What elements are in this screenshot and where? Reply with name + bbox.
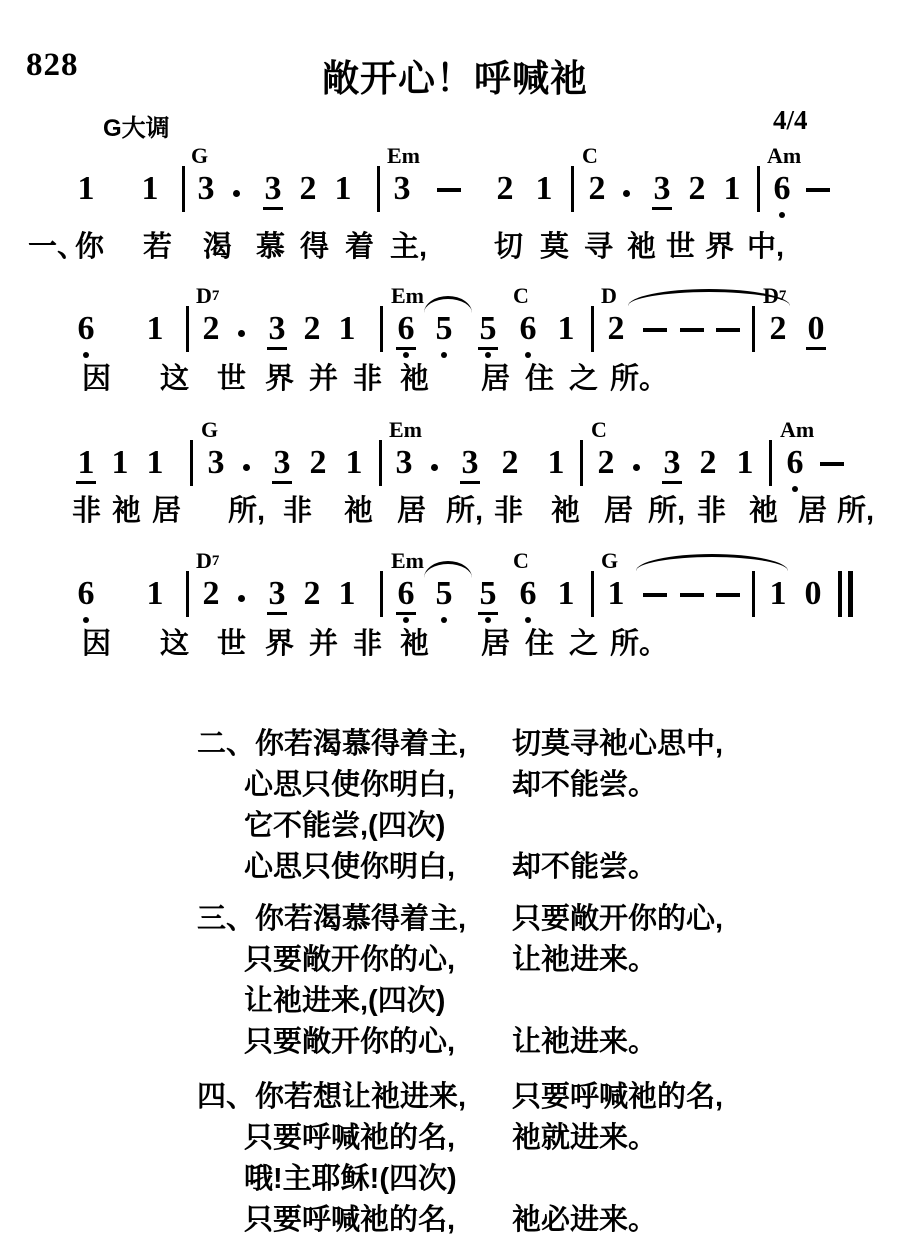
chord-label: C — [513, 285, 529, 307]
note: 1 — [556, 312, 576, 346]
note: 3 — [652, 172, 672, 210]
note: 2C — [587, 172, 607, 206]
note-digit: 1 — [768, 577, 788, 611]
song-title: 敞开心！呼喊祂 — [0, 48, 910, 102]
note-digit: 3 — [652, 172, 672, 210]
verse-text-right: 只要呼喊祂的名, — [512, 1080, 723, 1114]
note: 6Am — [785, 446, 805, 480]
note: 2D7 — [201, 577, 221, 611]
chord-label: Em — [391, 550, 424, 572]
lyric-char: 祂 — [400, 627, 429, 661]
chord-label: Em — [389, 419, 422, 441]
octave-dot — [83, 617, 89, 623]
lyric-char: 祂 — [400, 362, 429, 396]
note: 1 — [110, 446, 130, 480]
lyric-char: 慕 — [256, 230, 285, 264]
lyric-char: 居 — [481, 627, 510, 661]
note: 5 — [434, 312, 454, 346]
note: 1 — [534, 172, 554, 206]
octave-dot — [83, 352, 89, 358]
note-digit: 2 — [500, 446, 520, 480]
lyric-char: 所。 — [610, 362, 668, 396]
note: 3 — [460, 446, 480, 484]
lyric-char: 非 — [697, 494, 726, 528]
barline — [182, 166, 185, 212]
slur-curve — [424, 296, 472, 313]
note-digit: 1 — [606, 577, 626, 611]
note: 6Em — [396, 312, 416, 350]
octave-dot — [779, 212, 785, 218]
lyric-char: 非 — [494, 494, 523, 528]
dash-extension — [643, 593, 667, 597]
lyric-char: 切 — [494, 230, 523, 264]
augmentation-dot — [233, 190, 240, 197]
note: 3 — [662, 446, 682, 484]
barline — [377, 166, 380, 212]
note: 0 — [803, 577, 823, 611]
note: 2 — [302, 312, 322, 346]
verse-text-left: 哦!主耶稣!(四次) — [244, 1162, 457, 1196]
note: 1 — [556, 577, 576, 611]
dash-extension — [716, 593, 740, 597]
verse-text-left: 只要敞开你的心, — [244, 943, 455, 977]
lyrics-line-4: 因这世界并非祂居住之所。 — [0, 627, 910, 663]
note-digit: 0 — [803, 577, 823, 611]
note-digit: 1 — [76, 446, 96, 484]
notation-line-1: 113G3213Em212C3216Am — [0, 144, 910, 222]
note-digit: 3 — [263, 172, 283, 210]
note-digit: 5 — [478, 577, 498, 615]
lyric-char: 居 — [397, 494, 426, 528]
verse-text-right: 祂就进来。 — [512, 1121, 657, 1155]
final-barline — [838, 571, 853, 617]
lyric-char: 主, — [390, 230, 427, 264]
verse-row: 只要敞开你的心,让祂进来。 — [0, 943, 910, 984]
chord-label: C — [582, 145, 598, 167]
note-digit: 6 — [76, 312, 96, 346]
note-digit: 2 — [687, 172, 707, 206]
verse-row: 四、你若想让祂进来,只要呼喊祂的名, — [0, 1080, 910, 1121]
note-digit: 1 — [76, 172, 96, 206]
verse-text-right: 让祂进来。 — [512, 1025, 657, 1059]
barline — [186, 571, 189, 617]
note: 6C — [518, 577, 538, 611]
barline — [380, 306, 383, 352]
lyric-char: 若 — [143, 230, 172, 264]
note-digit: 5 — [478, 312, 498, 350]
note: 6Am — [772, 172, 792, 206]
verse-row: 哦!主耶稣!(四次) — [0, 1162, 910, 1203]
verse: 四、你若想让祂进来,只要呼喊祂的名,只要呼喊祂的名,祂就进来。哦!主耶稣!(四次… — [0, 1080, 910, 1244]
note: 1 — [145, 446, 165, 480]
lyric-char: 所。 — [610, 627, 668, 661]
note: 1 — [735, 446, 755, 480]
verse-row: 只要敞开你的心,让祂进来。 — [0, 1025, 910, 1066]
verse-text-left: 二、你若渴慕得着主, — [197, 727, 466, 761]
note-digit: 1 — [556, 312, 576, 346]
lyric-char: 这 — [160, 362, 189, 396]
note-digit: 3 — [196, 172, 216, 206]
note: 1 — [722, 172, 742, 206]
tie-curve — [636, 554, 788, 571]
note: 5 — [478, 312, 498, 350]
lyric-char: 渴 — [203, 230, 232, 264]
note: 6 — [76, 312, 96, 346]
lyric-char: 中, — [747, 230, 784, 264]
note: 1 — [337, 312, 357, 346]
note: 1 — [145, 312, 165, 346]
note: 2D7 — [201, 312, 221, 346]
barline — [186, 306, 189, 352]
dash-extension — [680, 593, 704, 597]
lyric-char: 之 — [569, 627, 598, 661]
dash-extension — [806, 188, 830, 192]
lyric-char: 得 — [300, 230, 329, 264]
octave-dot — [525, 617, 531, 623]
lyric-char: 住 — [525, 627, 554, 661]
note: 1 — [768, 577, 788, 611]
note-digit: 1 — [145, 446, 165, 480]
verse-text-left: 只要敞开你的心, — [244, 1025, 455, 1059]
verse-row: 只要呼喊祂的名,祂必进来。 — [0, 1203, 910, 1244]
lyric-char: 所, — [446, 494, 483, 528]
lyric-char: 你 — [75, 230, 104, 264]
note-digit: 2 — [201, 312, 221, 346]
note-digit: 3 — [267, 312, 287, 350]
octave-dot — [792, 486, 798, 492]
dash-extension — [643, 328, 667, 332]
notation-line-2: 612D73216Em556C12D2D70 — [0, 284, 910, 362]
note: 2C — [596, 446, 616, 480]
lyric-char: 居 — [798, 494, 827, 528]
note: 2 — [687, 172, 707, 206]
key-signature: G大调 — [103, 108, 170, 143]
sheet-music-page: 828 敞开心！呼喊祂 G大调 4/4 113G3213Em212C3216Am… — [0, 0, 910, 1260]
lyric-char: 居 — [152, 494, 181, 528]
lyric-char: 非 — [353, 627, 382, 661]
note: 1 — [76, 172, 96, 206]
barline — [571, 166, 574, 212]
lyric-char: 所, — [837, 494, 874, 528]
verse-row: 只要呼喊祂的名,祂就进来。 — [0, 1121, 910, 1162]
note-digit: 6 — [785, 446, 805, 480]
augmentation-dot — [238, 595, 245, 602]
note: 2 — [500, 446, 520, 480]
chord-label: D7 — [196, 550, 219, 572]
time-signature: 4/4 — [773, 105, 808, 136]
note-digit: 6 — [396, 312, 416, 350]
barline — [380, 571, 383, 617]
note-digit: 1 — [344, 446, 364, 480]
note: 2D — [606, 312, 626, 346]
note: 1 — [546, 446, 566, 480]
verse-row: 二、你若渴慕得着主,切莫寻祂心思中, — [0, 727, 910, 768]
verse-text-right: 却不能尝。 — [512, 850, 657, 884]
note-digit: 5 — [434, 577, 454, 611]
note-digit: 0 — [806, 312, 826, 350]
note: 3 — [267, 577, 287, 615]
verse-text-left: 让祂进来,(四次) — [244, 984, 445, 1018]
note-digit: 1 — [337, 312, 357, 346]
note-digit: 6 — [518, 577, 538, 611]
chord-label: G — [601, 550, 618, 572]
lyric-char: 住 — [525, 362, 554, 396]
note: 0 — [806, 312, 826, 350]
note-digit: 2 — [606, 312, 626, 346]
note: 1 — [333, 172, 353, 206]
notation-line-4: 612D73216Em556C11G10 — [0, 549, 910, 627]
note: 2 — [698, 446, 718, 480]
chord-label: D — [601, 285, 617, 307]
lyrics-line-2: 因这世界并非祂居住之所。 — [0, 362, 910, 398]
chord-label: Em — [391, 285, 424, 307]
augmentation-dot — [431, 464, 438, 471]
note-digit: 6 — [396, 577, 416, 615]
verse-row: 三、你若渴慕得着主,只要敞开你的心, — [0, 902, 910, 943]
note: 5 — [478, 577, 498, 615]
note: 2D7 — [768, 312, 788, 346]
chord-label: G — [191, 145, 208, 167]
lyric-char: 居 — [481, 362, 510, 396]
verse-row: 让祂进来,(四次) — [0, 984, 910, 1025]
note-digit: 3 — [267, 577, 287, 615]
lyric-char: 并 — [309, 362, 338, 396]
lyric-char: 非 — [283, 494, 312, 528]
verse-row: 心思只使你明白,却不能尝。 — [0, 768, 910, 809]
slur-curve — [424, 561, 472, 578]
note: 1 — [337, 577, 357, 611]
lyric-char: 祂 — [551, 494, 580, 528]
lyrics-line-1: 一、你若渴慕得着主,切莫寻祂世界中, — [0, 230, 910, 266]
note-digit: 2 — [768, 312, 788, 346]
dash-extension — [680, 328, 704, 332]
augmentation-dot — [243, 464, 250, 471]
note: 1G — [606, 577, 626, 611]
note-digit: 1 — [110, 446, 130, 480]
lyric-char: 所, — [648, 494, 685, 528]
note: 2 — [298, 172, 318, 206]
note-digit: 3 — [460, 446, 480, 484]
lyric-char: 莫 — [540, 230, 569, 264]
chord-label: Am — [780, 419, 814, 441]
lyric-char: 这 — [160, 627, 189, 661]
note-digit: 2 — [302, 312, 322, 346]
lyric-char: 界 — [265, 362, 294, 396]
note-digit: 1 — [722, 172, 742, 206]
note-digit: 2 — [495, 172, 515, 206]
lyric-char: 祂 — [112, 494, 141, 528]
note-digit: 1 — [333, 172, 353, 206]
note-digit: 6 — [76, 577, 96, 611]
verse-text-right: 祂必进来。 — [512, 1203, 657, 1237]
lyric-char: 因 — [82, 627, 111, 661]
augmentation-dot — [623, 190, 630, 197]
lyric-char: 界 — [705, 230, 734, 264]
lyric-char: 着 — [345, 230, 374, 264]
note-digit: 1 — [534, 172, 554, 206]
note: 3 — [267, 312, 287, 350]
note: 1 — [76, 446, 96, 484]
note: 1 — [344, 446, 364, 480]
note: 5 — [434, 577, 454, 611]
barline — [190, 440, 193, 486]
note-digit: 2 — [298, 172, 318, 206]
octave-dot — [485, 617, 491, 623]
octave-dot — [441, 617, 447, 623]
chord-label: Am — [767, 145, 801, 167]
verse-row: 它不能尝,(四次) — [0, 809, 910, 850]
verse-text-right: 却不能尝。 — [512, 768, 657, 802]
verse-text-right: 只要敞开你的心, — [512, 902, 723, 936]
lyric-char: 界 — [265, 627, 294, 661]
note: 3G — [196, 172, 216, 206]
verse-text-left: 只要呼喊祂的名, — [244, 1121, 455, 1155]
lyric-char: 祂 — [344, 494, 373, 528]
lyric-char: 世 — [217, 362, 246, 396]
note-digit: 3 — [206, 446, 226, 480]
verse-text-left: 四、你若想让祂进来, — [197, 1080, 466, 1114]
dash-extension — [820, 462, 844, 466]
augmentation-dot — [238, 330, 245, 337]
note: 6C — [518, 312, 538, 346]
chord-label: D7 — [196, 285, 219, 307]
lyric-char: 因 — [82, 362, 111, 396]
octave-dot — [441, 352, 447, 358]
note: 2 — [308, 446, 328, 480]
lyric-char: 世 — [217, 627, 246, 661]
chord-label: Em — [387, 145, 420, 167]
lyrics-line-3: 非祂居所,非祂居所,非祂居所,非祂居所, — [0, 494, 910, 530]
dash-extension — [716, 328, 740, 332]
lyric-char: 居 — [604, 494, 633, 528]
note-digit: 1 — [145, 312, 165, 346]
lyric-char: 寻 — [584, 230, 613, 264]
note-digit: 3 — [394, 446, 414, 480]
lyric-char: 祂 — [749, 494, 778, 528]
octave-dot — [485, 352, 491, 358]
verse-text-right: 切莫寻祂心思中, — [512, 727, 723, 761]
lyric-char: 非 — [72, 494, 101, 528]
barline — [757, 166, 760, 212]
lyric-char: 世 — [666, 230, 695, 264]
note: 3 — [263, 172, 283, 210]
barline — [769, 440, 772, 486]
barline — [752, 571, 755, 617]
note: 6Em — [396, 577, 416, 615]
note-digit: 1 — [145, 577, 165, 611]
note: 1 — [140, 172, 160, 206]
dash-extension — [437, 188, 461, 192]
note: 3 — [272, 446, 292, 484]
chord-label: C — [591, 419, 607, 441]
augmentation-dot — [633, 464, 640, 471]
note-digit: 1 — [735, 446, 755, 480]
lyric-char: 之 — [569, 362, 598, 396]
note-digit: 5 — [434, 312, 454, 346]
verse-row: 心思只使你明白,却不能尝。 — [0, 850, 910, 891]
barline — [591, 306, 594, 352]
chord-label: G — [201, 419, 218, 441]
chord-label: C — [513, 550, 529, 572]
note: 6 — [76, 577, 96, 611]
barline — [379, 440, 382, 486]
barline — [591, 571, 594, 617]
lyric-char: 祂 — [627, 230, 656, 264]
octave-dot — [403, 352, 409, 358]
note-digit: 1 — [556, 577, 576, 611]
note-digit: 1 — [140, 172, 160, 206]
note-digit: 6 — [518, 312, 538, 346]
note: 2 — [495, 172, 515, 206]
lyric-char: 所, — [228, 494, 265, 528]
note: 3G — [206, 446, 226, 480]
lyric-char: 并 — [309, 627, 338, 661]
note-digit: 1 — [546, 446, 566, 480]
note-digit: 1 — [337, 577, 357, 611]
verse-text-left: 心思只使你明白, — [244, 850, 455, 884]
verse-text-left: 它不能尝,(四次) — [244, 809, 445, 843]
note-digit: 2 — [596, 446, 616, 480]
note-digit: 2 — [587, 172, 607, 206]
note: 2 — [302, 577, 322, 611]
verse: 三、你若渴慕得着主,只要敞开你的心,只要敞开你的心,让祂进来。让祂进来,(四次)… — [0, 902, 910, 1066]
note-digit: 2 — [308, 446, 328, 480]
note-digit: 3 — [392, 172, 412, 206]
note-digit: 3 — [662, 446, 682, 484]
verse-text-left: 心思只使你明白, — [244, 768, 455, 802]
note: 3Em — [392, 172, 412, 206]
lyric-char: 非 — [353, 362, 382, 396]
note-digit: 2 — [302, 577, 322, 611]
barline — [580, 440, 583, 486]
verse: 二、你若渴慕得着主,切莫寻祂心思中,心思只使你明白,却不能尝。它不能尝,(四次)… — [0, 727, 910, 891]
octave-dot — [525, 352, 531, 358]
note-digit: 2 — [201, 577, 221, 611]
octave-dot — [403, 617, 409, 623]
note: 3Em — [394, 446, 414, 480]
note-digit: 6 — [772, 172, 792, 206]
verse-text-left: 只要呼喊祂的名, — [244, 1203, 455, 1237]
barline — [752, 306, 755, 352]
note-digit: 3 — [272, 446, 292, 484]
note: 1 — [145, 577, 165, 611]
notation-line-3: 1113G3213Em3212C3216Am — [0, 418, 910, 496]
note-digit: 2 — [698, 446, 718, 480]
verse-text-left: 三、你若渴慕得着主, — [197, 902, 466, 936]
verse-text-right: 让祂进来。 — [512, 943, 657, 977]
